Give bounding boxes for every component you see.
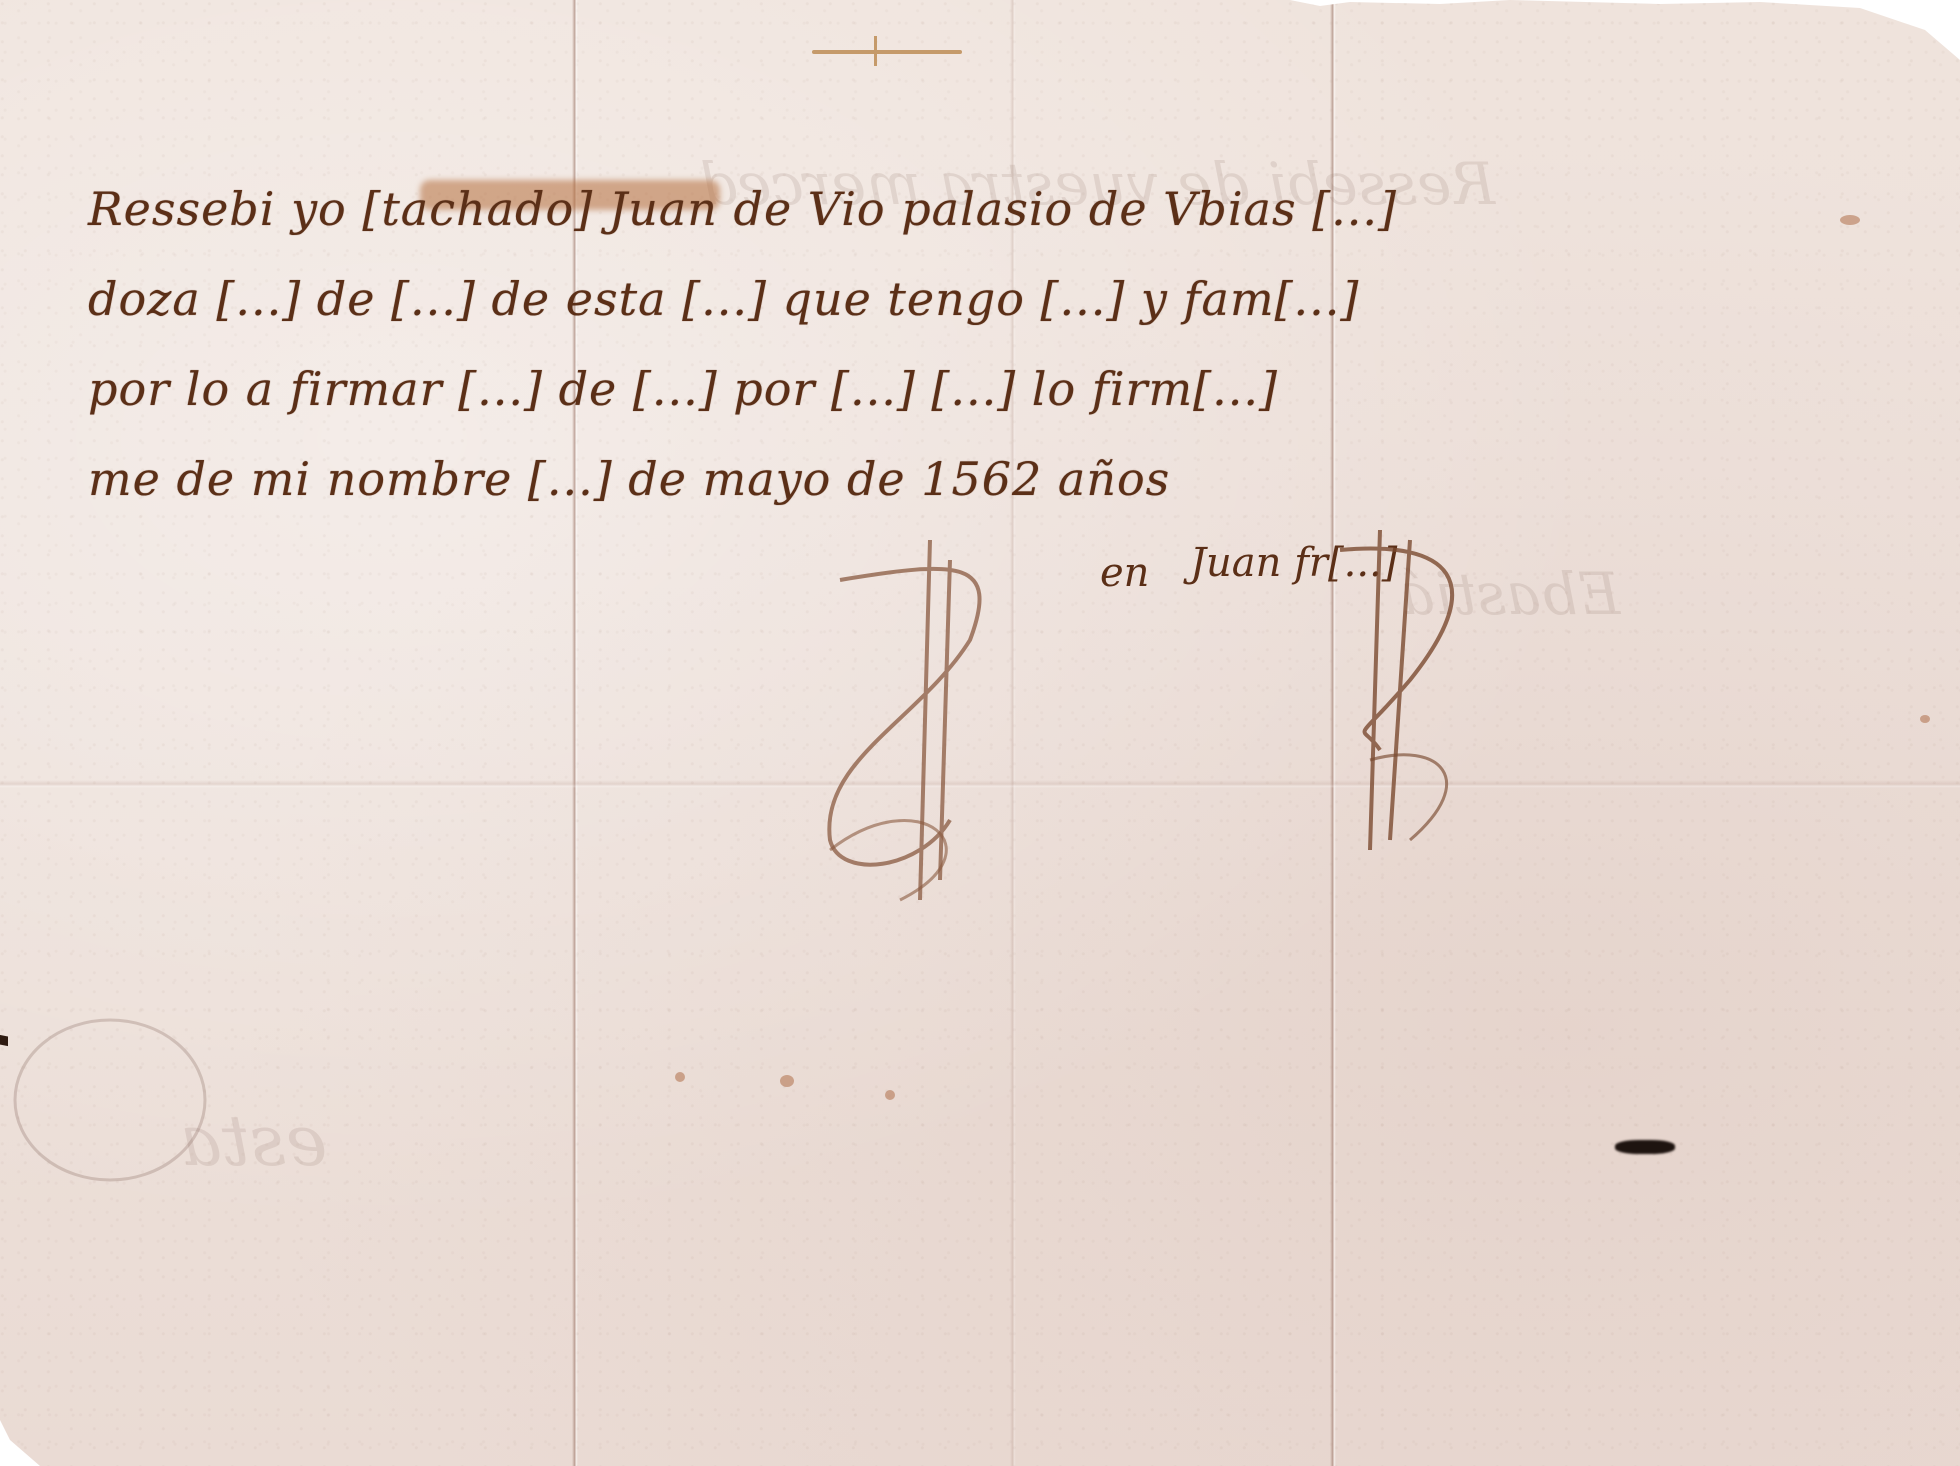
- signature-rubric-left: [800, 520, 1060, 920]
- stain-spot: [780, 1075, 794, 1087]
- signature-prefix: en: [1100, 550, 1149, 596]
- text-line-2: doza [...] de [...] de esta [...] que te…: [88, 272, 1359, 326]
- stain-spot: [1840, 215, 1860, 225]
- cross-mark: [812, 50, 962, 54]
- stain-spot: [1920, 715, 1930, 723]
- text-line-1: Ressebi yo [tachado] Juan de Vio palasio…: [88, 182, 1397, 236]
- text-line-3: por lo a firmar [...] de [...] por [...]…: [88, 362, 1278, 416]
- signature-rubric-right: [1330, 520, 1530, 880]
- stain-spot: [885, 1090, 895, 1100]
- text-line-4: me de mi nombre [...] de mayo de 1562 añ…: [88, 452, 1170, 506]
- ink-blot: [1615, 1140, 1675, 1154]
- stain-spot: [675, 1072, 685, 1082]
- margin-oval-flourish: [0, 970, 220, 1230]
- manuscript-page: Ressebi de vuestra merced Ebastiá esta R…: [0, 0, 1960, 1466]
